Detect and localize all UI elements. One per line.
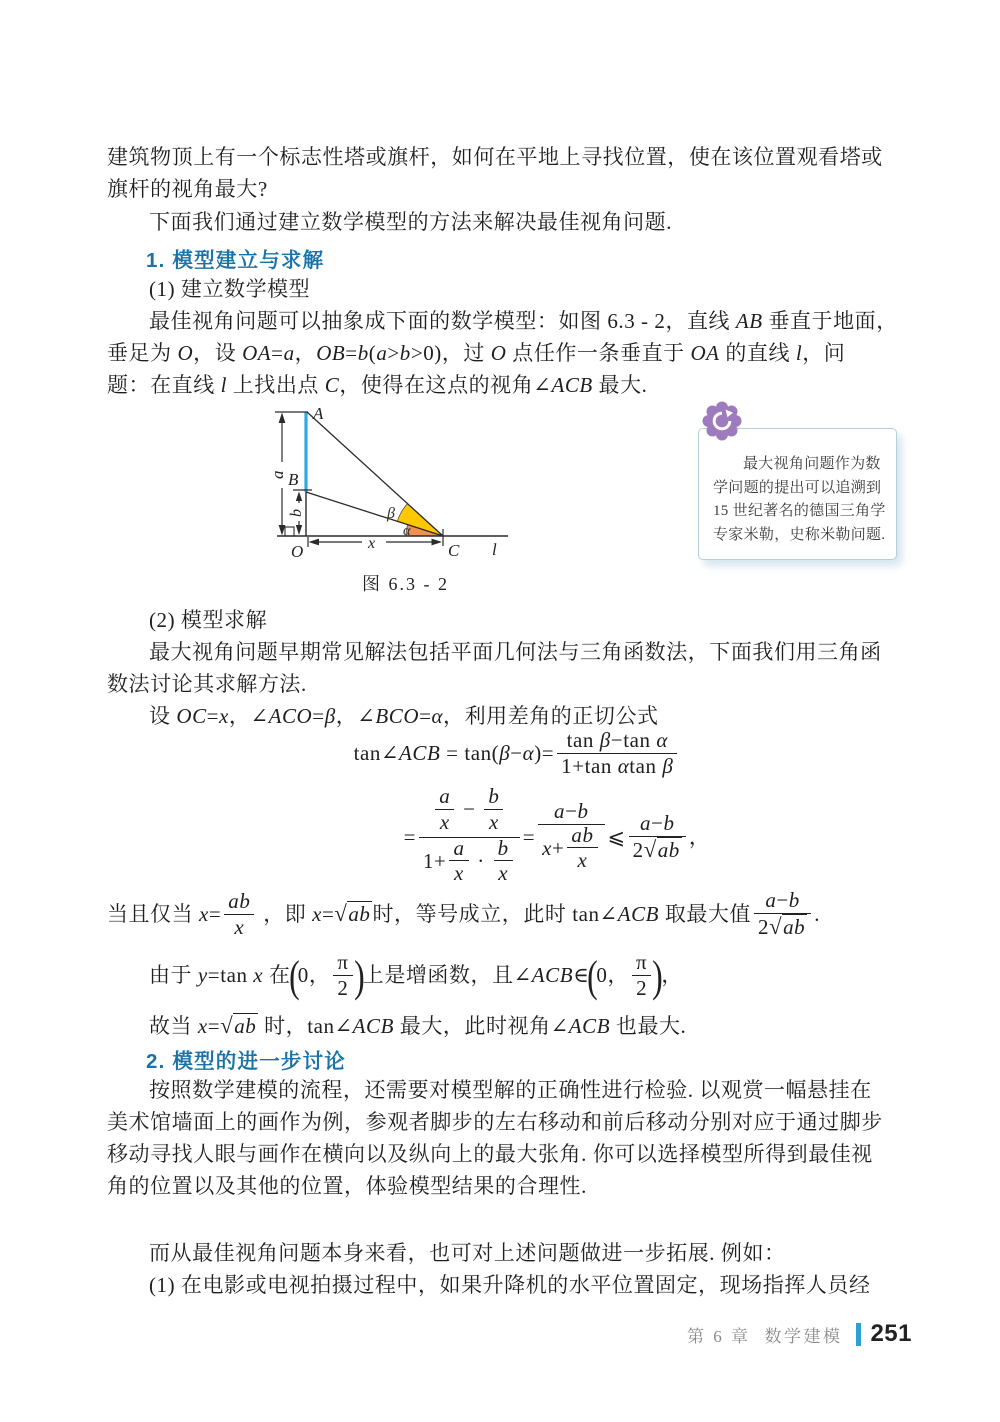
text-line: 数法讨论其求解方法. [107,671,307,698]
arrowhead-right [432,539,443,546]
figure-caption: 图 6.3 - 2 [362,574,449,594]
page-number: 251 [870,1320,912,1348]
arrowhead-down [296,525,302,535]
arrowhead-up [296,492,302,502]
right-angle-mark [285,527,294,536]
section-heading-1: 1. 模型建立与求解 [146,243,324,273]
arrowhead-down [279,525,286,536]
text-line-conclusion: 故当 x=√ab 时，tan∠ACB 最大，此时视角∠ACB 也最大. [149,1012,686,1040]
dim-label-b: b [288,509,305,517]
formula-tangent-difference: tan∠ACB = tan(β−α)=tan β−tan α1+tan αtan… [107,730,927,781]
dim-label-a: a [268,471,287,480]
note-line: 专家米勒，史称米勒问题. [713,524,885,548]
text-line: 最大视角问题早期常见解法包括平面几何法与三角函数法，下面我们用三角函 [149,639,882,666]
point-label-A: A [312,404,324,423]
point-label-B: B [288,470,299,489]
margin-note-text: 最大视角问题作为数 学问题的提出可以追溯到 15 世纪著名的德国三角学 专家米勒… [713,453,885,547]
text-line: 建筑物顶上有一个标志性塔或旗杆，如何在平地上寻找位置，使在该位置观看塔或 [107,144,883,171]
point-label-O: O [291,542,303,561]
angle-label-beta: β [386,505,395,522]
text-line: 而从最佳视角问题本身来看，也可对上述问题做进一步拓展. 例如： [149,1240,786,1267]
text-line-monotonic: 由于 y=tan x 在(0，π2)上是增函数，且∠ACB∈(0，π2)， [149,952,683,1003]
text-line: 垂足为 O，设 OA=a，OB=b(a>b>0)，过 O 点任作一条垂直于 OA… [107,340,845,367]
note-badge-icon [702,401,742,441]
line-label-l: l [492,540,497,559]
footer-book-title: 数学建模 [764,1322,842,1347]
footer-accent-bar [856,1323,861,1346]
text-line: 美术馆墙面上的画作为例，参观者脚步的左右移动和前后移动分别对应于通过脚步 [107,1109,883,1136]
formula-inequality: =ax − bx1+ax · bx=a−bx+abx⩽a−b2√ab， [107,788,1000,890]
sight-line-BC [306,492,443,536]
text-line: 设 OC=x，∠ACO=β，∠BCO=α，利用差角的正切公式 [149,703,659,730]
note-line: 最大视角问题作为数 [713,453,885,477]
sight-line-AC [307,412,443,536]
text-line-iff: 当且仅当 x=abx ，即 x=√ab时，等号成立，此时 tan∠ACB 取最大… [107,890,820,943]
textbook-page: 建筑物顶上有一个标志性塔或旗杆，如何在平地上寻找位置，使在该位置观看塔或 旗杆的… [0,0,1000,1422]
text-line: 题：在直线 l 上找出点 C，使得在这点的视角∠ACB 最大. [107,372,647,399]
text-line: 最佳视角问题可以抽象成下面的数学模型：如图 6.3 - 2，直线 AB 垂直于地… [149,308,898,335]
text-line: 移动寻找人眼与画作在横向以及纵向上的最大张角. 你可以选择模型所得到最佳视 [107,1141,873,1168]
text-line: (1) 在电影或电视拍摄过程中，如果升降机的水平位置固定，现场指挥人员经 [149,1272,871,1299]
subsection-label: (2) 模型求解 [149,607,267,634]
text-line: 下面我们通过建立数学模型的方法来解决最佳视角问题. [149,209,672,236]
footer-chapter: 第 6 章 [687,1322,751,1347]
margin-note-box: 最大视角问题作为数 学问题的提出可以追溯到 15 世纪著名的德国三角学 专家米勒… [698,428,897,560]
note-line: 15 世纪著名的德国三角学 [713,500,885,524]
arrowhead-left [309,539,320,546]
text-line: 旗杆的视角最大? [107,176,268,203]
angle-label-alpha: α [403,523,411,539]
point-label-C: C [448,541,460,560]
arrowhead-up [279,413,286,424]
subsection-label: (1) 建立数学模型 [149,276,310,303]
text-line: 按照数学建模的流程，还需要对模型解的正确性进行检验. 以观赏一幅悬挂在 [149,1077,872,1104]
dim-label-x: x [367,535,375,552]
text-line: 角的位置以及其他的位置，体验模型结果的合理性. [107,1173,587,1200]
section-heading-2: 2. 模型的进一步讨论 [146,1044,346,1074]
note-line: 学问题的提出可以追溯到 [713,477,885,501]
page-footer: 第 6 章 数学建模 251 [687,1320,912,1348]
